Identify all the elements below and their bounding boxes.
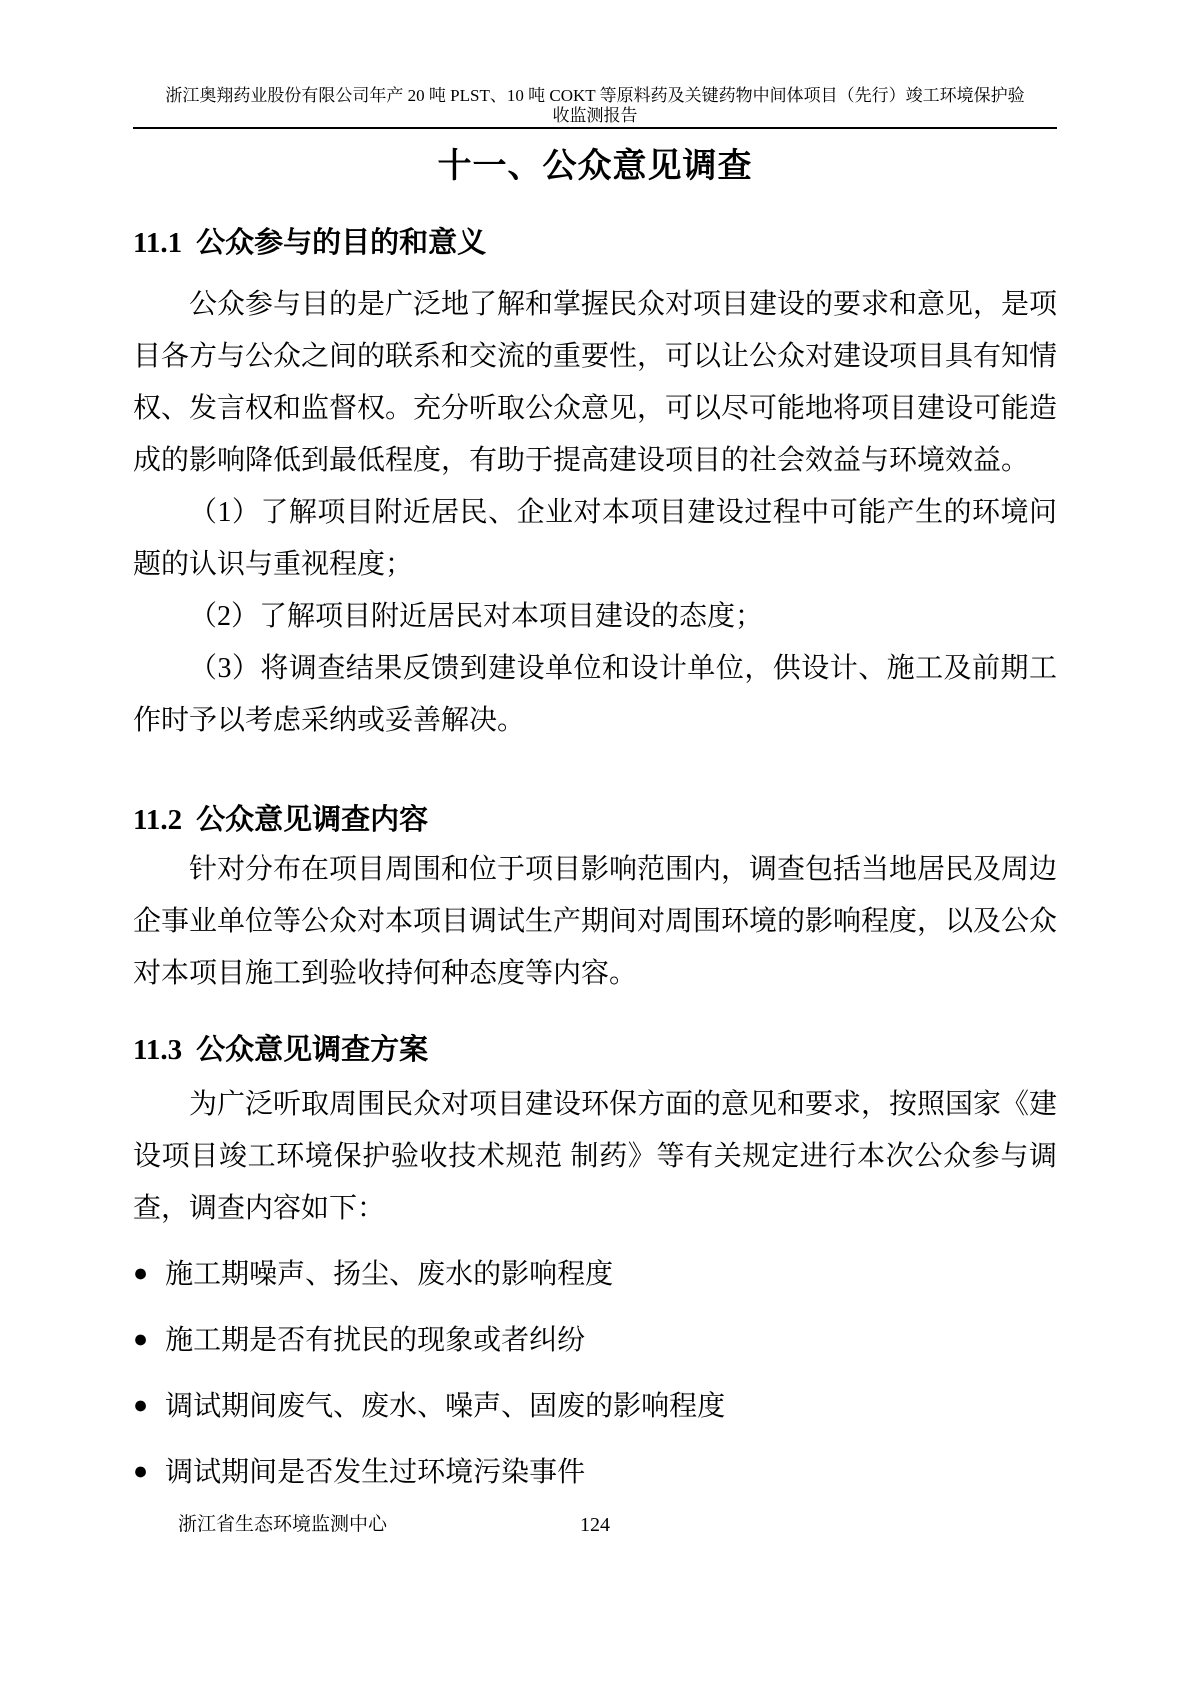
bullet-icon: ● (133, 1446, 148, 1498)
list-item-text: 施工期是否有扰民的现象或者纠纷 (165, 1325, 585, 1356)
bullet-icon: ● (133, 1248, 148, 1300)
list-item: ●调试期间是否发生过环境污染事件 (133, 1447, 1057, 1500)
section-number: 11.1 (133, 227, 182, 259)
paragraph: （1）了解项目附近居民、企业对本项目建设过程中可能产生的环境问题的认识与重视程度… (133, 487, 1057, 591)
footer-page-number: 124 (580, 1513, 610, 1537)
document-page: 浙江奥翔药业股份有限公司年产 20 吨 PLST、10 吨 COKT 等原料药及… (0, 0, 1190, 1683)
section-title-text: 公众参与的目的和意义 (196, 227, 486, 259)
footer-org: 浙江省生态环境监测中心 (178, 1514, 387, 1535)
paragraph: （3）将调查结果反馈到建设单位和设计单位，供设计、施工及前期工作时予以考虑采纳或… (133, 643, 1057, 747)
paragraph: 为广泛听取周围民众对项目建设环保方面的意见和要求，按照国家《建设项目竣工环境保护… (133, 1079, 1057, 1235)
section-number: 11.2 (133, 804, 182, 836)
page-footer: 浙江省生态环境监测中心 124 (133, 1513, 1057, 1537)
header-line-2: 收监测报告 (133, 106, 1057, 126)
section-number: 11.3 (133, 1034, 182, 1066)
paragraph: 公众参与目的是广泛地了解和掌握民众对项目建设的要求和意见，是项目各方与公众之间的… (133, 279, 1057, 487)
list-item: ●施工期是否有扰民的现象或者纠纷 (133, 1315, 1057, 1368)
paragraph: （2）了解项目附近居民对本项目建设的态度； (133, 591, 1057, 643)
section-title-text: 公众意见调查内容 (196, 804, 428, 836)
bullet-icon: ● (133, 1314, 148, 1366)
page-header: 浙江奥翔药业股份有限公司年产 20 吨 PLST、10 吨 COKT 等原料药及… (133, 86, 1057, 129)
survey-items-list: ●施工期噪声、扬尘、废水的影响程度 ●施工期是否有扰民的现象或者纠纷 ●调试期间… (133, 1249, 1057, 1500)
section-heading-11-2: 11.2公众意见调查内容 (133, 804, 1057, 836)
list-item-text: 调试期间废气、废水、噪声、固废的影响程度 (165, 1391, 725, 1422)
content-column: 浙江奥翔药业股份有限公司年产 20 吨 PLST、10 吨 COKT 等原料药及… (133, 0, 1057, 1537)
list-item-text: 施工期噪声、扬尘、废水的影响程度 (165, 1259, 613, 1290)
list-item-text: 调试期间是否发生过环境污染事件 (165, 1457, 585, 1488)
bullet-icon: ● (133, 1380, 148, 1432)
section-heading-11-3: 11.3公众意见调查方案 (133, 1034, 1057, 1066)
chapter-title: 十一、公众意见调查 (133, 146, 1057, 188)
section-heading-11-1: 11.1公众参与的目的和意义 (133, 227, 1057, 259)
header-line-1: 浙江奥翔药业股份有限公司年产 20 吨 PLST、10 吨 COKT 等原料药及… (133, 86, 1057, 106)
list-item: ●施工期噪声、扬尘、废水的影响程度 (133, 1249, 1057, 1302)
paragraph: 针对分布在项目周围和位于项目影响范围内，调查包括当地居民及周边企事业单位等公众对… (133, 844, 1057, 1000)
section-title-text: 公众意见调查方案 (196, 1034, 428, 1066)
list-item: ●调试期间废气、废水、噪声、固废的影响程度 (133, 1381, 1057, 1434)
